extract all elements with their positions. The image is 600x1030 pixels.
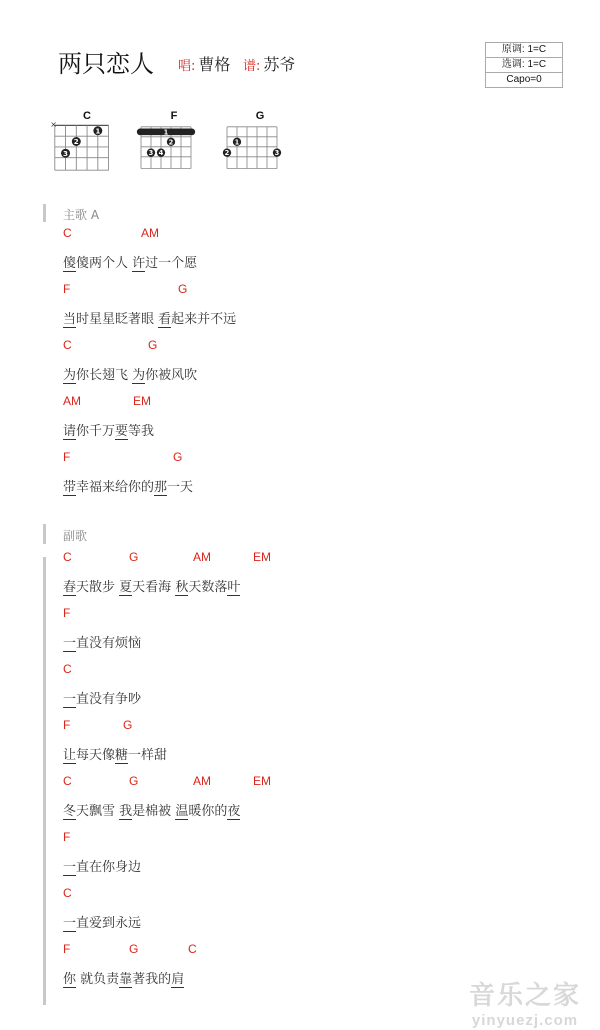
chord-anchor-char: 夜: [227, 804, 240, 820]
lyric-line: 一直爱到永远: [63, 912, 141, 931]
chord-label: C: [63, 662, 72, 676]
lyric-text: 直爱到永远: [76, 916, 141, 931]
chord-grid-f: 1 2 3 4: [136, 120, 196, 172]
lyric-line: 一直没有烦恼: [63, 632, 141, 651]
svg-text:1: 1: [235, 138, 240, 146]
section-title-verse: 主歌 A: [63, 206, 99, 223]
chord-label: F: [63, 830, 70, 844]
svg-text:2: 2: [169, 138, 174, 146]
chord-anchor-char: 傻: [63, 256, 76, 272]
chord-anchor-char: 为: [63, 368, 76, 384]
key-info-box: 原调: 1=C 选调: 1=C Capo=0: [485, 42, 563, 88]
chord-grid-g: 1 2 3: [222, 120, 282, 172]
chord-label: AM: [193, 774, 211, 788]
arranger-label: 谱:: [243, 59, 260, 74]
chord-anchor-char: 当: [63, 312, 76, 328]
chord-label: G: [123, 718, 132, 732]
chord-anchor-char: 秋: [175, 580, 188, 596]
svg-text:3: 3: [275, 149, 280, 157]
chord-label: AM: [141, 226, 159, 240]
lyric-line: 让每天像糖一样甜: [63, 744, 167, 763]
lyric-text: 就负责: [76, 972, 119, 987]
chorus-side-bar: [43, 557, 46, 1005]
lyric-line: 请你千万要等我: [63, 420, 154, 439]
lyric-text: 过一个愿: [145, 256, 197, 271]
chord-label: C: [63, 550, 72, 564]
chord-label: AM: [63, 394, 81, 408]
chord-label: EM: [133, 394, 151, 408]
section-marker-chorus: [43, 524, 46, 544]
lyric-line: 带幸福来给你的那一天: [63, 476, 193, 495]
chord-diagram-c: C × 1 2 3: [49, 110, 119, 180]
chord-label: C: [63, 774, 72, 788]
svg-text:2: 2: [225, 149, 230, 157]
lyric-line: 春天散步 夏天看海 秋天数落叶: [63, 576, 240, 595]
chord-anchor-char: 冬: [63, 804, 76, 820]
chord-diagram-g: G 1 2 3: [222, 110, 292, 180]
lyric-line: 一直没有争吵: [63, 688, 141, 707]
chord-anchor-char: 要: [115, 424, 128, 440]
singer-info: 唱:曹格: [178, 52, 230, 75]
lyric-line: 冬天飘雪 我是棉被 温暖你的夜: [63, 800, 240, 819]
lyric-line: 你 就负责靠著我的肩: [63, 968, 184, 987]
lyric-line: 当时星星眨著眼 看起来并不远: [63, 308, 236, 327]
chord-label: C: [63, 226, 72, 240]
chord-label: G: [148, 338, 157, 352]
singer-name: 曹格: [198, 55, 230, 74]
chord-label: G: [178, 282, 187, 296]
lyric-text: 暖你的: [188, 804, 227, 819]
lyric-line: 为你长翅飞 为你被风吹: [63, 364, 197, 383]
svg-text:1: 1: [95, 126, 100, 135]
watermark: 音乐之家 yinyuezj.com: [450, 975, 600, 1029]
arranger-name: 苏爷: [263, 55, 295, 74]
chord-label: G: [173, 450, 182, 464]
watermark-url: yinyuezj.com: [450, 1012, 600, 1029]
lyric-text: 是棉被: [132, 804, 175, 819]
watermark-logo-text: 音乐之家: [450, 975, 600, 1012]
chord-label: F: [63, 606, 70, 620]
chord-anchor-char: 看: [158, 312, 171, 328]
chord-label: G: [129, 550, 138, 564]
chord-anchor-char: 叶: [227, 580, 240, 596]
lyric-text: 傻两个人: [76, 256, 132, 271]
singer-label: 唱:: [178, 59, 195, 74]
lyric-line: 一直在你身边: [63, 856, 141, 875]
lyric-line: 傻傻两个人 许过一个愿: [63, 252, 197, 271]
svg-text:3: 3: [149, 149, 154, 157]
chord-anchor-char: 那: [154, 480, 167, 496]
capo: Capo=0: [486, 73, 562, 87]
lyric-text: 幸福来给你的: [76, 480, 154, 495]
svg-text:2: 2: [74, 137, 79, 146]
original-key: 原调: 1=C: [486, 43, 562, 58]
chord-anchor-char: 为: [132, 368, 145, 384]
chord-anchor-char: 我: [119, 804, 132, 820]
chord-label: F: [63, 450, 70, 464]
chord-grid-c: × 1 2 3: [49, 120, 109, 172]
chord-diagram-f: F 1 2 3 4: [136, 110, 206, 180]
lyric-text: 一天: [167, 480, 193, 495]
chord-label: C: [188, 942, 197, 956]
chord-anchor-char: 许: [132, 256, 145, 272]
lyric-text: 你千万: [76, 424, 115, 439]
muted-string-icon: ×: [50, 120, 57, 129]
chord-label: EM: [253, 774, 271, 788]
lyric-text: 天数落: [188, 580, 227, 595]
chord-anchor-char: 春: [63, 580, 76, 596]
lyric-text: 起来并不远: [171, 312, 236, 327]
lyric-text: 天看海: [132, 580, 175, 595]
svg-text:4: 4: [159, 149, 164, 157]
arranger-info: 谱:苏爷: [243, 52, 295, 75]
lyric-text: 等我: [128, 424, 154, 439]
chord-anchor-char: 靠: [119, 972, 132, 988]
section-marker-verse: [43, 204, 46, 222]
chord-label: G: [129, 942, 138, 956]
lyric-text: 你被风吹: [145, 368, 197, 383]
chord-label: F: [63, 282, 70, 296]
chord-anchor-char: 请: [63, 424, 76, 440]
lyric-text: 天散步: [76, 580, 119, 595]
chord-label: G: [129, 774, 138, 788]
section-title-chorus: 副歌: [63, 527, 87, 544]
chord-label: C: [63, 886, 72, 900]
chord-anchor-char: 你: [63, 972, 76, 988]
chord-label: EM: [253, 550, 271, 564]
svg-text:3: 3: [63, 149, 68, 158]
chord-label: C: [63, 338, 72, 352]
chord-anchor-char: 一: [63, 636, 76, 652]
chord-label: AM: [193, 550, 211, 564]
lyric-text: 直没有争吵: [76, 692, 141, 707]
chord-anchor-char: 一: [63, 692, 76, 708]
chord-anchor-char: 一: [63, 860, 76, 876]
lyric-text: 每天像: [76, 748, 115, 763]
chord-anchor-char: 带: [63, 480, 76, 496]
selected-key: 选调: 1=C: [486, 58, 562, 73]
chord-anchor-char: 糖: [115, 748, 128, 764]
song-title: 两只恋人: [58, 44, 154, 79]
chord-anchor-char: 肩: [171, 972, 184, 988]
lyric-text: 一样甜: [128, 748, 167, 763]
chord-anchor-char: 一: [63, 916, 76, 932]
lyric-text: 天飘雪: [76, 804, 119, 819]
lyric-text: 你长翅飞: [76, 368, 132, 383]
svg-text:1: 1: [164, 128, 169, 136]
chord-label: F: [63, 942, 70, 956]
lyric-text: 直在你身边: [76, 860, 141, 875]
lyric-text: 著我的: [132, 972, 171, 987]
chord-anchor-char: 让: [63, 748, 76, 764]
lyric-text: 直没有烦恼: [76, 636, 141, 651]
chord-anchor-char: 夏: [119, 580, 132, 596]
lyric-text: 时星星眨著眼: [76, 312, 158, 327]
chord-label: F: [63, 718, 70, 732]
chord-anchor-char: 温: [175, 804, 188, 820]
